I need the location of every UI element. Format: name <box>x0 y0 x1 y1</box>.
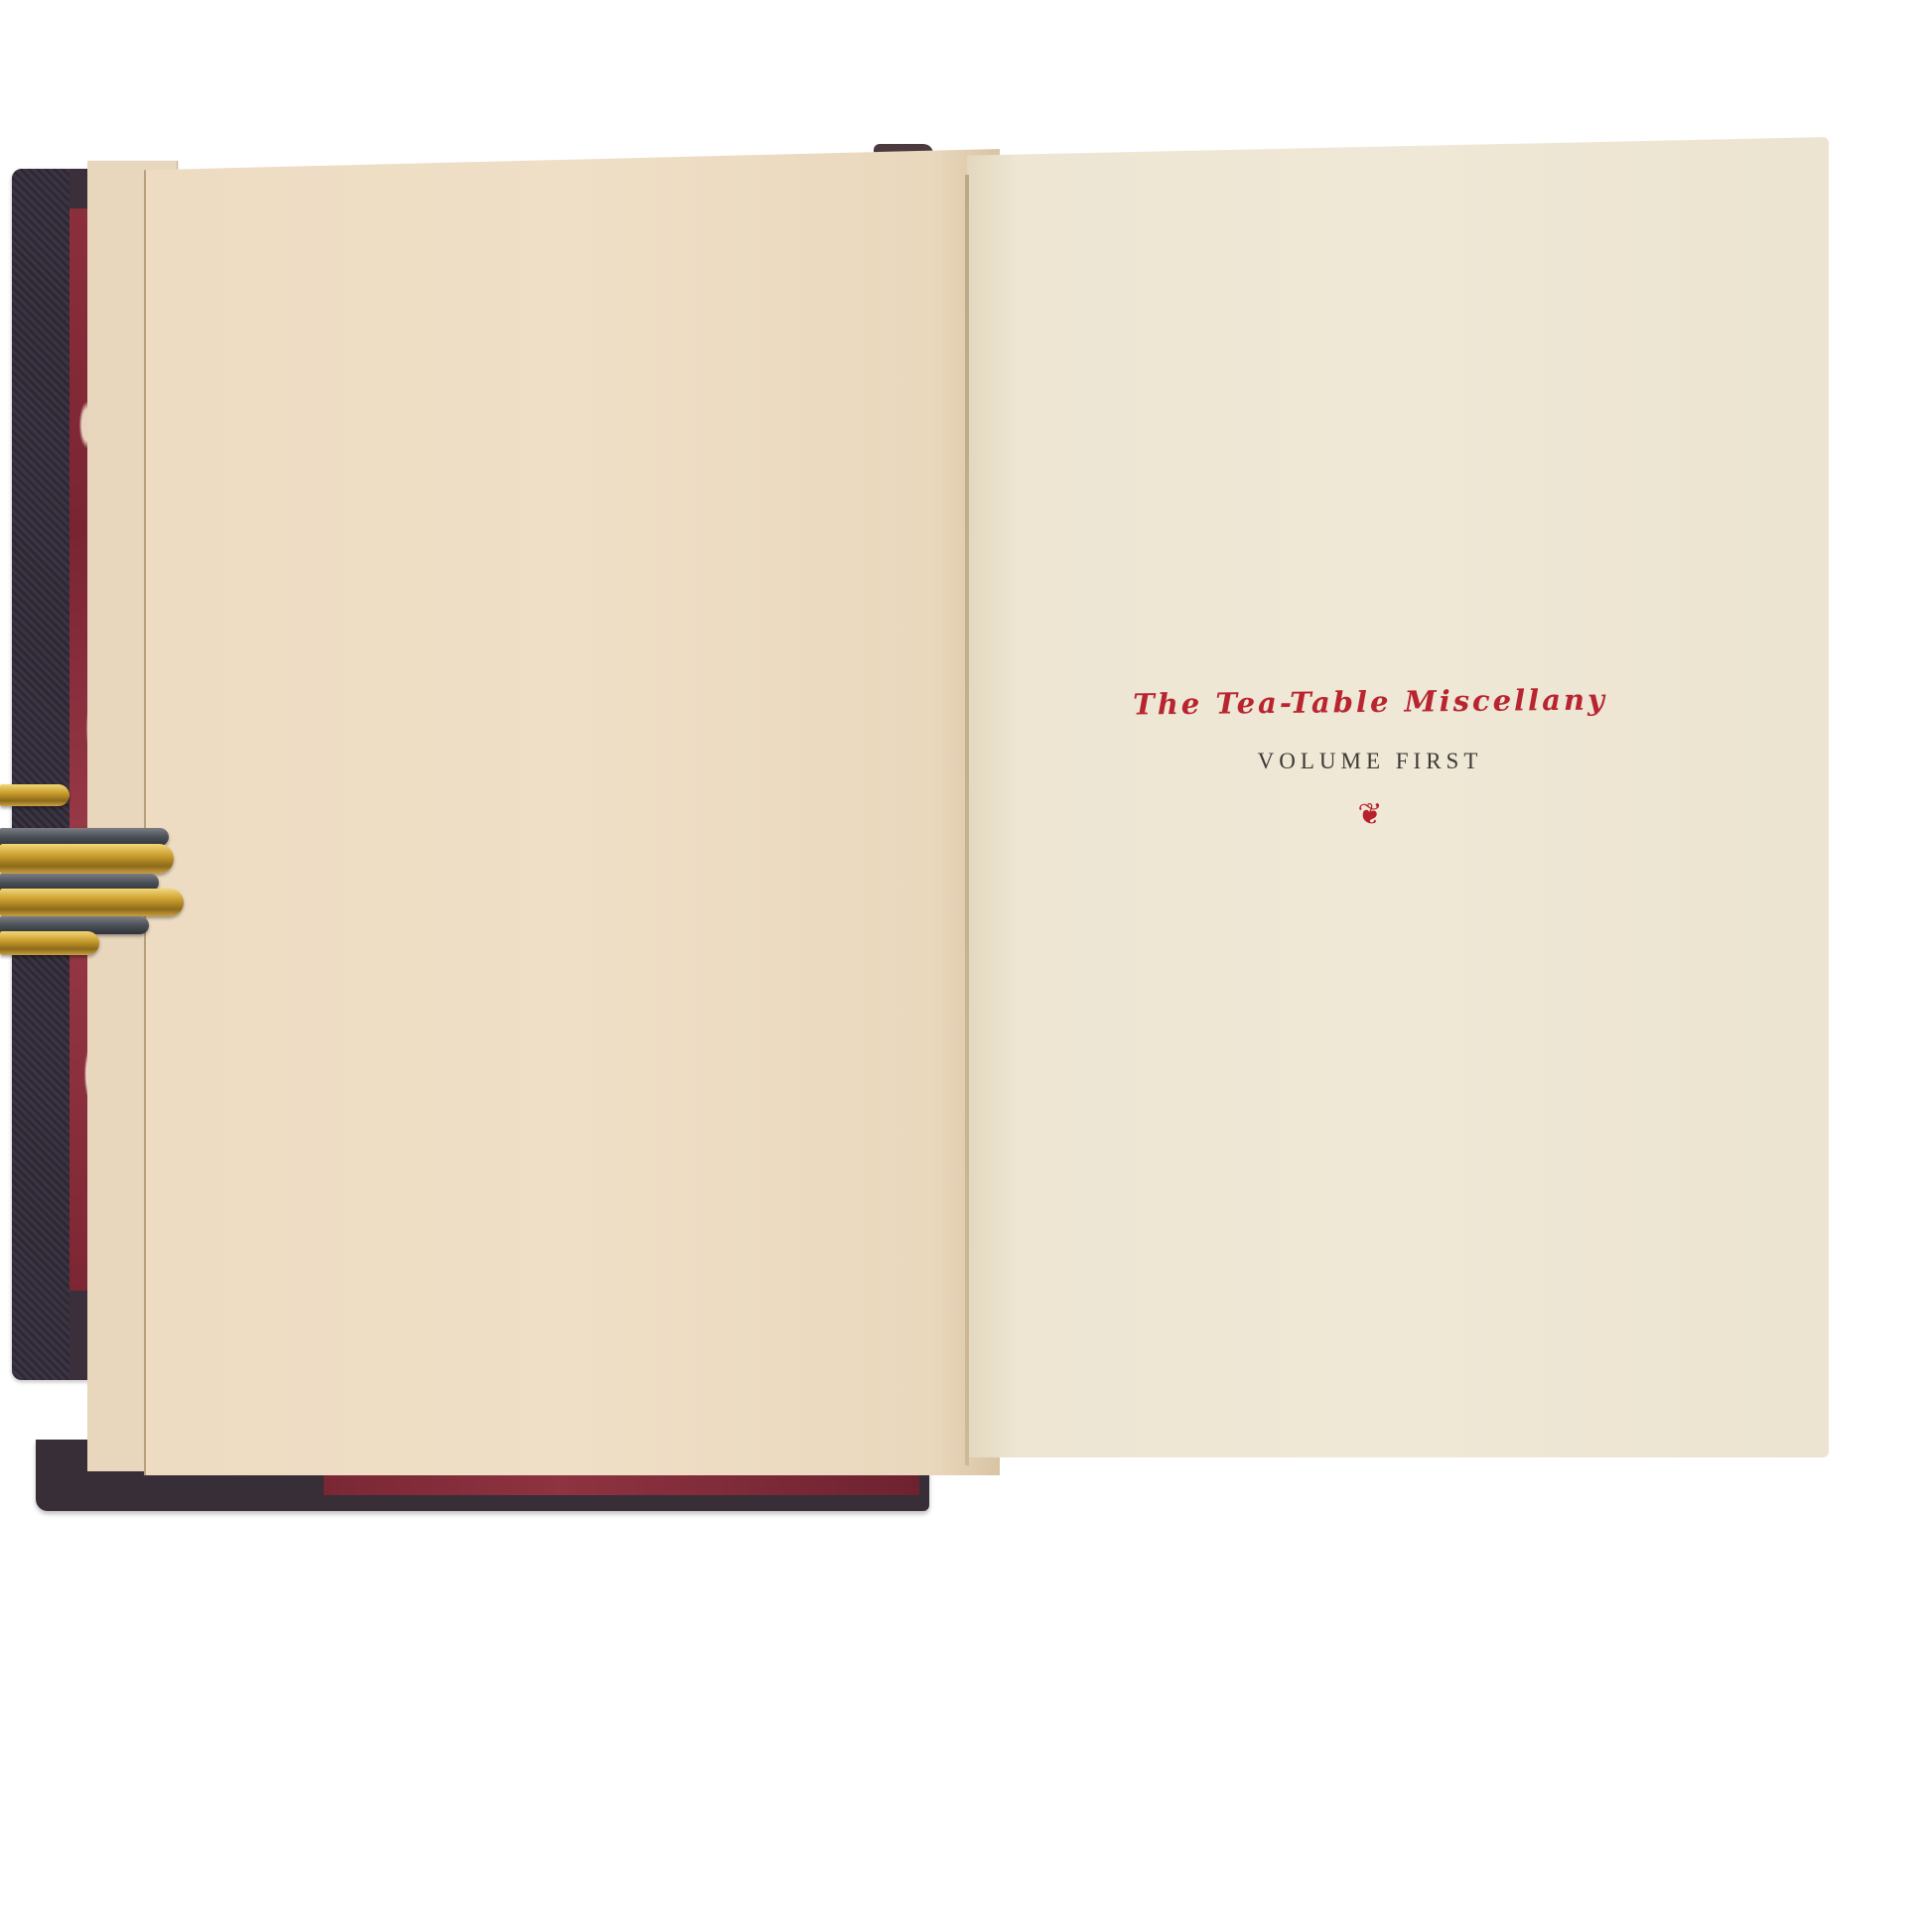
clip-finger-top <box>0 784 69 806</box>
volume-label: VOLUME FIRST <box>1072 749 1668 774</box>
brass-hand-clip <box>0 764 228 973</box>
book-photo: The Tea-Table Miscellany VOLUME FIRST ❦ <box>0 0 1932 1932</box>
clip-finger-middle <box>0 844 174 874</box>
title-block: The Tea-Table Miscellany VOLUME FIRST ❦ <box>1072 685 1668 830</box>
gutter <box>965 175 969 1465</box>
clip-finger-long <box>0 889 184 916</box>
clip-finger-bottom <box>0 931 99 955</box>
fleuron-ornament-icon: ❦ <box>1072 800 1668 830</box>
left-page-blank <box>144 149 1000 1475</box>
book-title: The Tea-Table Miscellany <box>1072 682 1668 722</box>
